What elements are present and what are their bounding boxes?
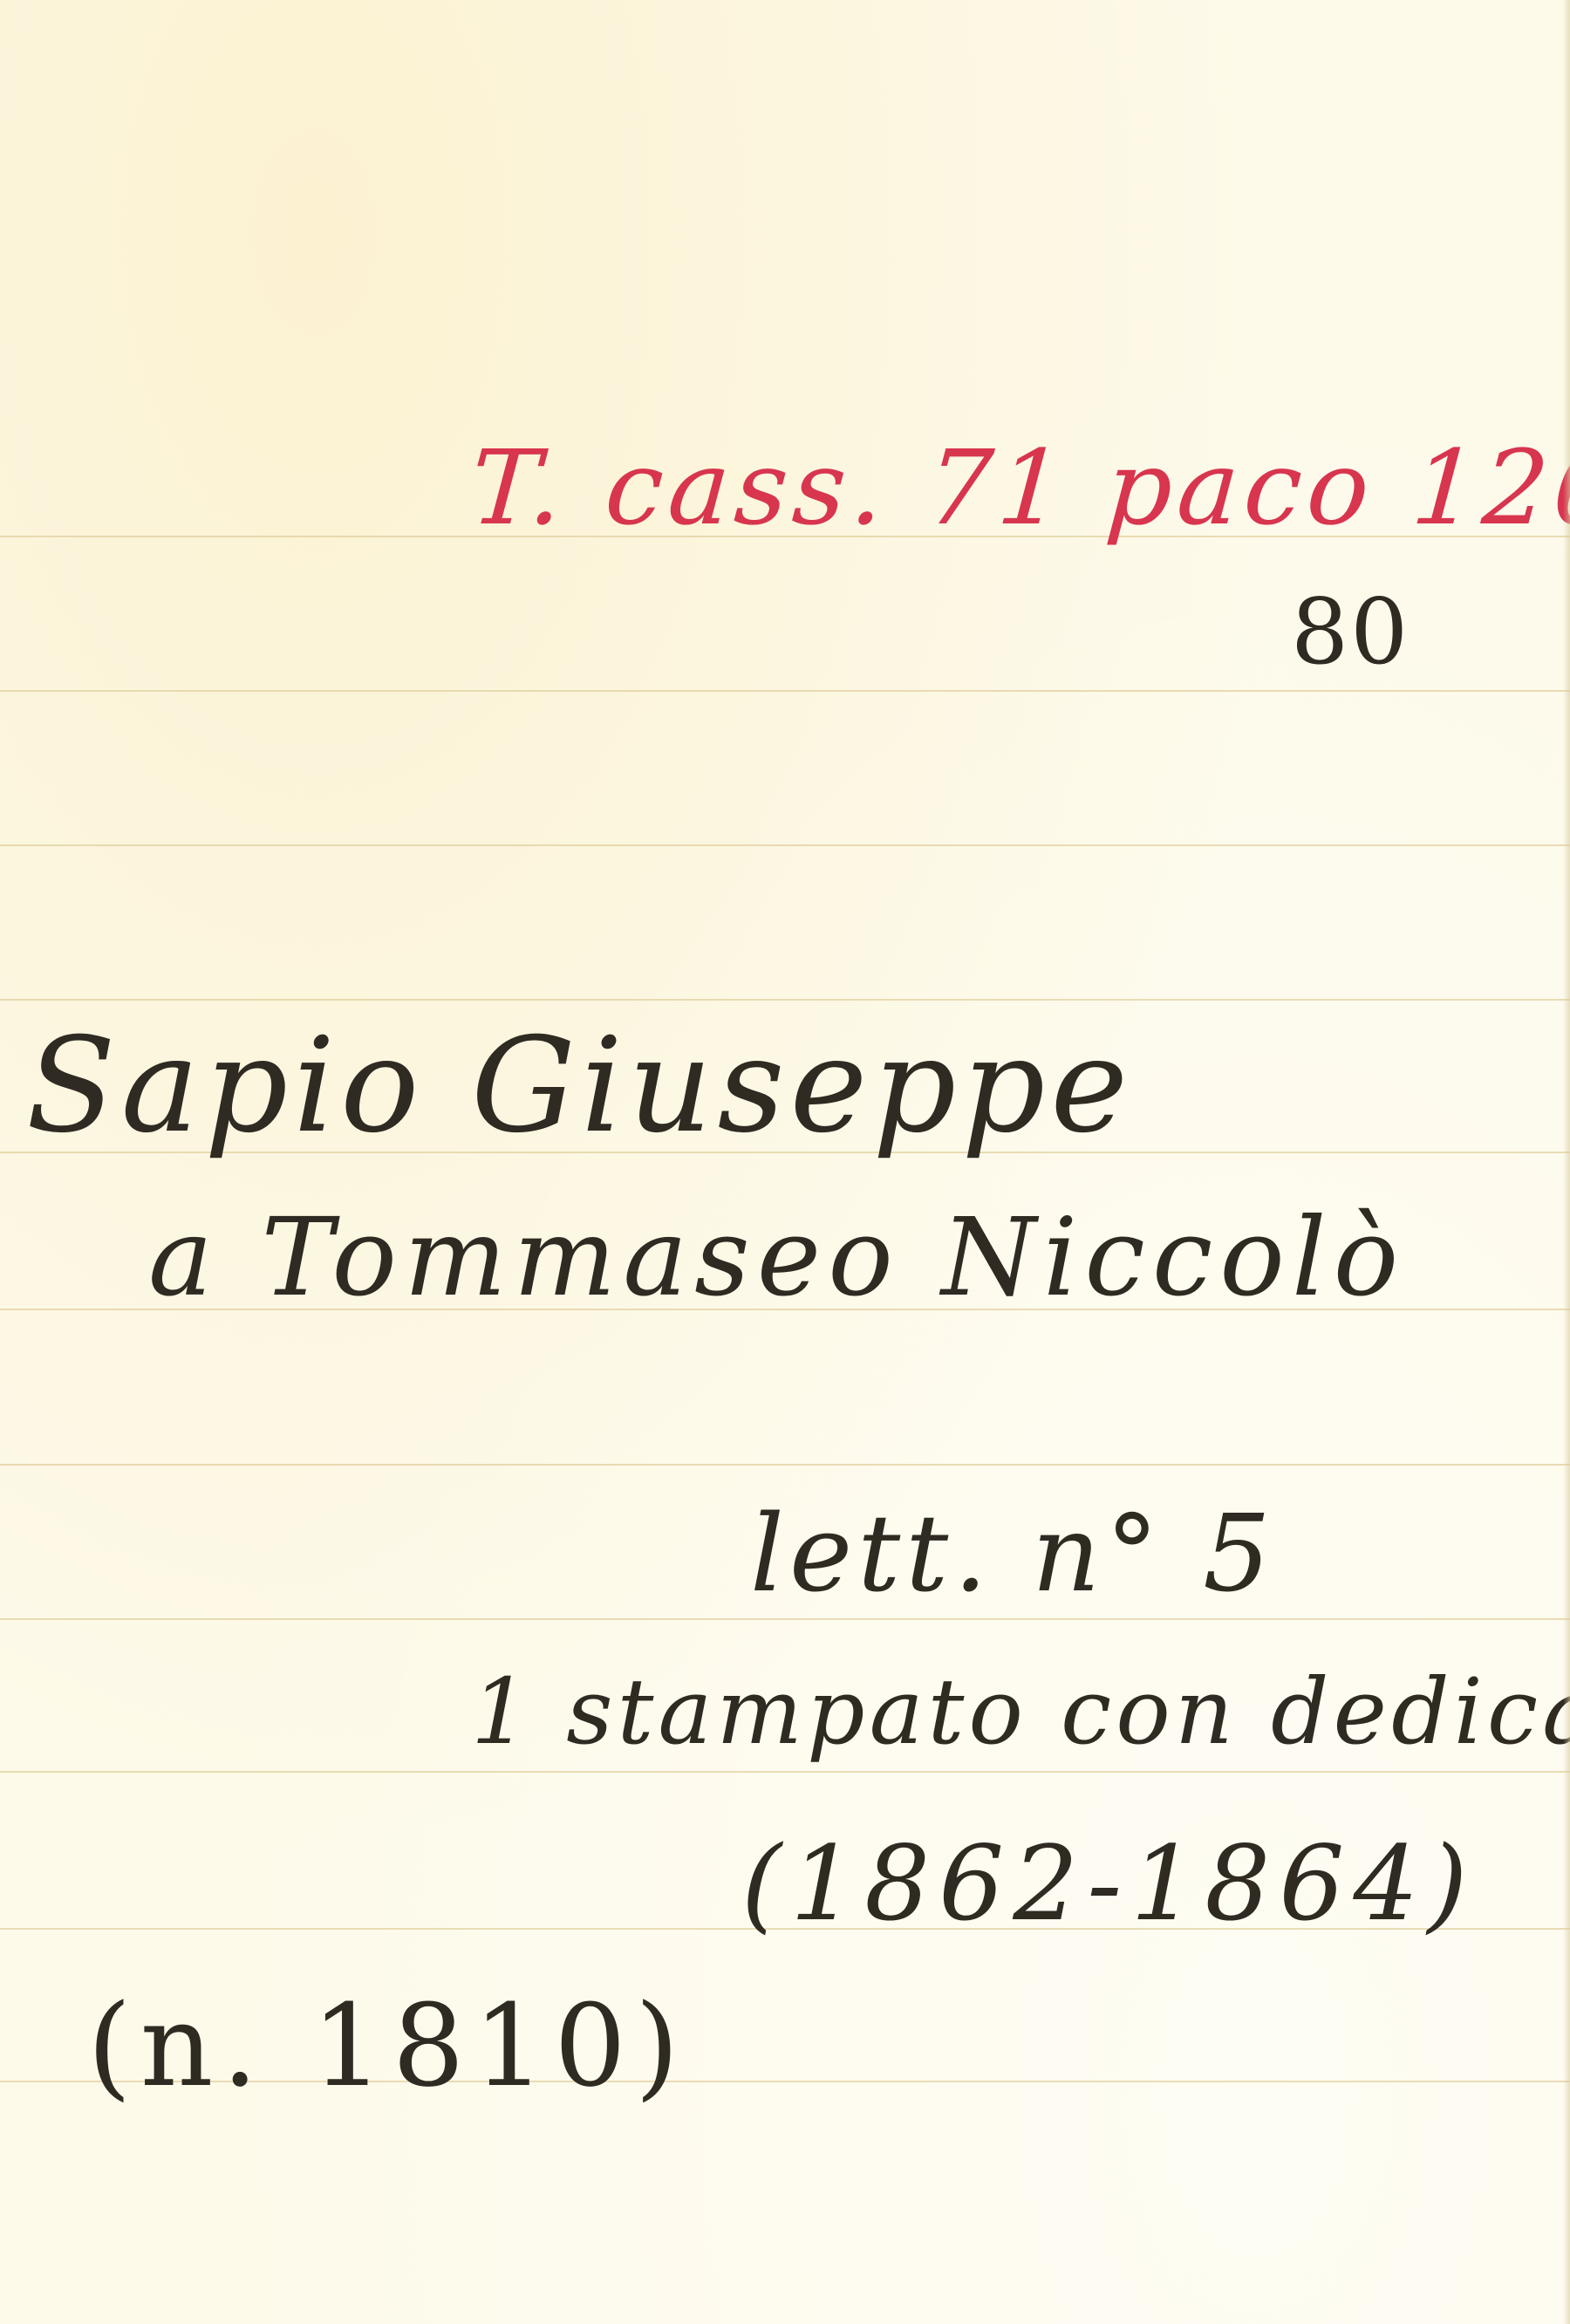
date-range: (1862-1864) (741, 1832, 1477, 1935)
sender-name: Sapio Giuseppe (26, 1021, 1133, 1152)
ruled-line (0, 1618, 1570, 1620)
ruled-line (0, 1464, 1570, 1466)
ruled-line (0, 690, 1570, 692)
ruled-line (0, 999, 1570, 1001)
index-card: T. cass. 71 paco 126. 80 Sapio Giuseppe … (0, 0, 1570, 2324)
sub-number: 80 (1291, 586, 1410, 677)
ruled-line (0, 844, 1570, 846)
shelfmark: T. cass. 71 paco 126. (468, 436, 1570, 539)
printed-note: 1 stampato con dedica. (471, 1666, 1570, 1757)
letters-count: lett. n° 5 (750, 1500, 1276, 1607)
ruled-line (0, 1771, 1570, 1773)
recipient-name: a Tommaseo Niccolò (148, 1204, 1405, 1312)
inventory-number: (n. 1810) (87, 1989, 688, 2102)
